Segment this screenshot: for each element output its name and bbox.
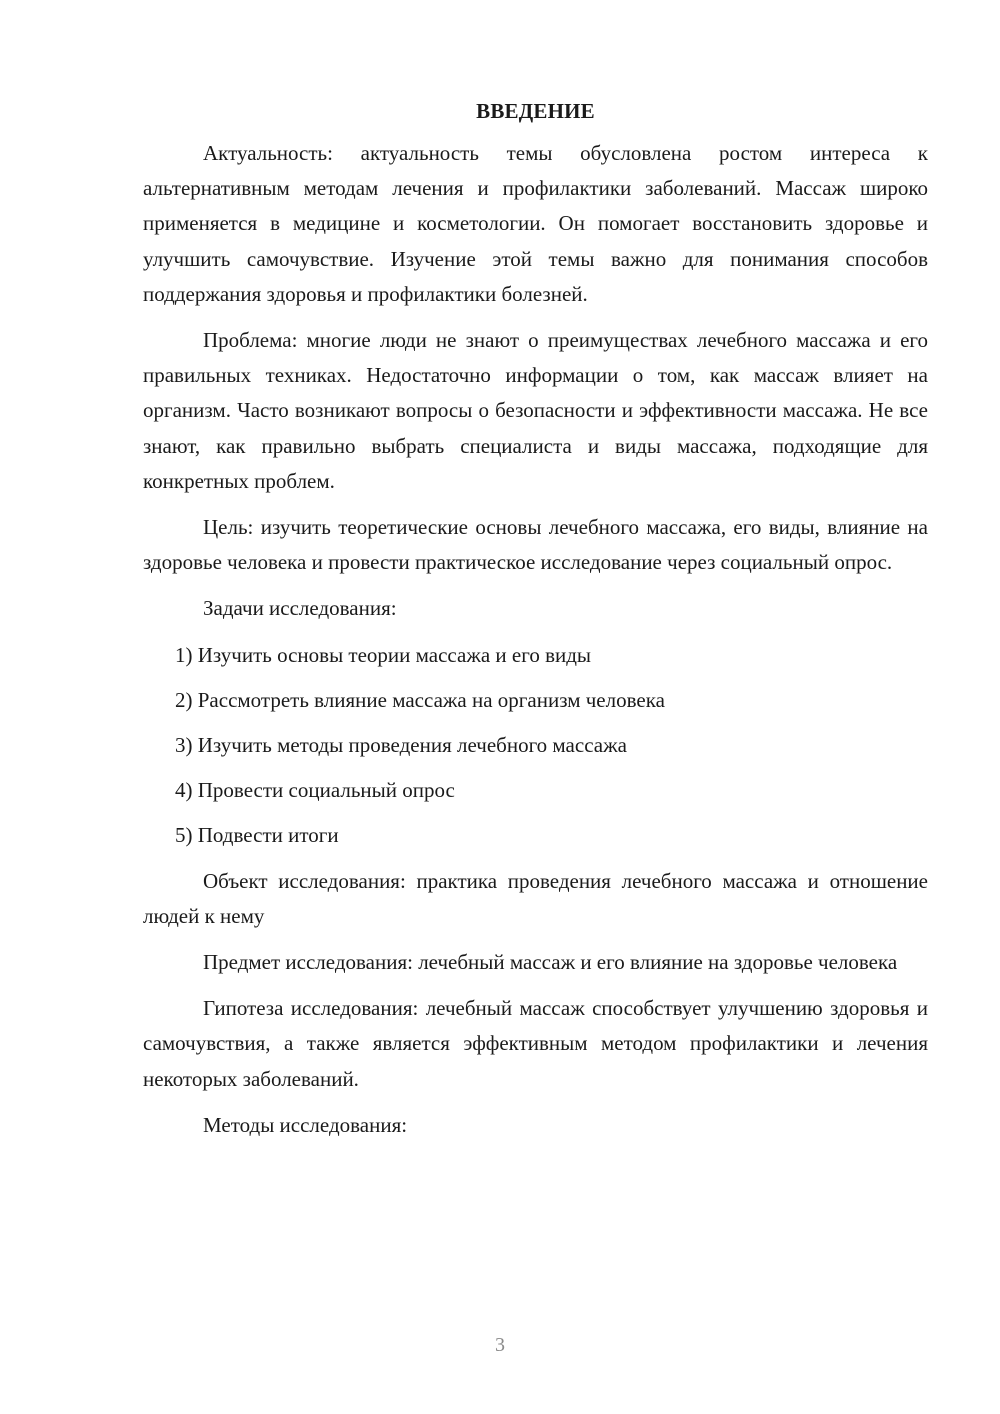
paragraph-tasks-heading: Задачи исследования: <box>143 591 928 626</box>
paragraph-problem: Проблема: многие люди не знают о преимущ… <box>143 323 928 499</box>
list-item: 2) Рассмотреть влияние массажа на органи… <box>143 683 928 718</box>
paragraph-goal: Цель: изучить теоретические основы лечеб… <box>143 510 928 580</box>
paragraph-hypothesis: Гипотеза исследования: лечебный массаж с… <box>143 991 928 1097</box>
paragraph-methods-heading: Методы исследования: <box>143 1108 928 1143</box>
paragraph-relevance: Актуальность: актуальность темы обусловл… <box>143 136 928 312</box>
document-page: ВВЕДЕНИЕ Актуальность: актуальность темы… <box>143 94 928 1154</box>
page-number: 3 <box>0 1334 1000 1357</box>
list-item: 3) Изучить методы проведения лечебного м… <box>143 728 928 763</box>
list-item: 5) Подвести итоги <box>143 818 928 853</box>
paragraph-subject: Предмет исследования: лечебный массаж и … <box>143 945 928 980</box>
list-item: 4) Провести социальный опрос <box>143 773 928 808</box>
tasks-list: 1) Изучить основы теории массажа и его в… <box>143 638 928 854</box>
list-item: 1) Изучить основы теории массажа и его в… <box>143 638 928 673</box>
section-title: ВВЕДЕНИЕ <box>143 94 928 128</box>
paragraph-object: Объект исследования: практика проведения… <box>143 864 928 934</box>
